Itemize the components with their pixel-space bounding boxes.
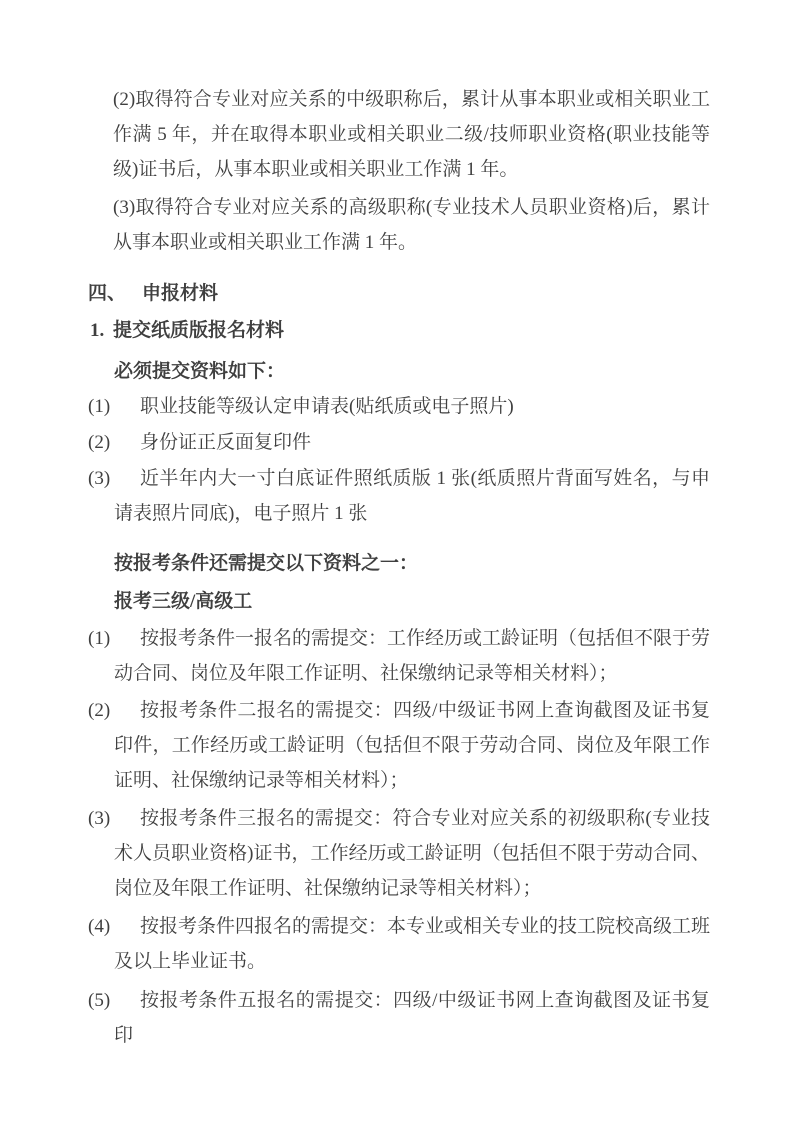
required-item-2-number: (2) (88, 425, 110, 460)
level3-item-1-text: 按报考条件一报名的需提交：工作经历或工龄证明（包括但不限于劳动合同、岗位及年限工… (114, 628, 710, 684)
subsection-heading-1: 1.提交纸质版报名材料 (90, 313, 793, 348)
level3-item-1-number: (1) (88, 621, 110, 656)
section-heading-4-number: 四、 (88, 276, 142, 311)
subsection-heading-1-number: 1. (90, 313, 113, 348)
level3-item-2: (2)按报考条件二报名的需提交：四级/中级证书网上查询截图及证书复印件，工作经历… (114, 693, 710, 798)
level3-item-3-number: (3) (88, 801, 110, 836)
required-item-1: (1)职业技能等级认定申请表(贴纸质或电子照片) (114, 389, 710, 424)
level3-item-1: (1)按报考条件一报名的需提交：工作经历或工龄证明（包括但不限于劳动合同、岗位及… (114, 621, 710, 691)
section-heading-4: 四、申报材料 (88, 276, 793, 311)
level3-item-4: (4)按报考条件四报名的需提交：本专业或相关专业的技工院校高级工班及以上毕业证书… (114, 909, 710, 979)
required-item-3-number: (3) (88, 461, 110, 496)
required-materials-heading: 必须提交资料如下： (114, 354, 793, 389)
level3-item-5-number: (5) (88, 983, 110, 1018)
section-heading-4-title: 申报材料 (142, 283, 218, 304)
required-item-1-text: 职业技能等级认定申请表(贴纸质或电子照片) (140, 396, 514, 417)
level3-item-4-text: 按报考条件四报名的需提交：本专业或相关专业的技工院校高级工班及以上毕业证书。 (114, 916, 710, 972)
paragraph-condition-3: (3)取得符合专业对应关系的高级职称(专业技术人员职业资格)后，累计从事本职业或… (113, 190, 710, 260)
level3-item-3-text: 按报考条件三报名的需提交：符合专业对应关系的初级职称(专业技术人员职业资格)证书… (114, 808, 710, 899)
conditional-materials-heading: 按报考条件还需提交以下资料之一： (114, 546, 793, 581)
level3-item-4-number: (4) (88, 909, 110, 944)
subsection-heading-1-title: 提交纸质版报名材料 (113, 320, 284, 341)
document-page: (2)取得符合专业对应关系的中级职称后，累计从事本职业或相关职业工作满 5 年，… (0, 0, 793, 1122)
required-item-2-text: 身份证正反面复印件 (140, 432, 311, 453)
level3-item-5-text: 按报考条件五报名的需提交：四级/中级证书网上查询截图及证书复印 (114, 990, 710, 1046)
required-item-3: (3)近半年内大一寸白底证件照纸质版 1 张(纸质照片背面写姓名，与申请表照片同… (114, 461, 710, 531)
required-item-2: (2)身份证正反面复印件 (114, 425, 710, 460)
level3-item-3: (3)按报考条件三报名的需提交：符合专业对应关系的初级职称(专业技术人员职业资格… (114, 801, 710, 906)
paragraph-condition-2: (2)取得符合专业对应关系的中级职称后，累计从事本职业或相关职业工作满 5 年，… (113, 82, 710, 187)
level3-heading: 报考三级/高级工 (114, 584, 793, 619)
required-item-1-number: (1) (88, 389, 110, 424)
required-item-3-text: 近半年内大一寸白底证件照纸质版 1 张(纸质照片背面写姓名，与申请表照片同底)，… (114, 468, 710, 524)
level3-item-5: (5)按报考条件五报名的需提交：四级/中级证书网上查询截图及证书复印 (114, 983, 710, 1053)
level3-item-2-text: 按报考条件二报名的需提交：四级/中级证书网上查询截图及证书复印件，工作经历或工龄… (114, 700, 710, 791)
level3-item-2-number: (2) (88, 693, 110, 728)
